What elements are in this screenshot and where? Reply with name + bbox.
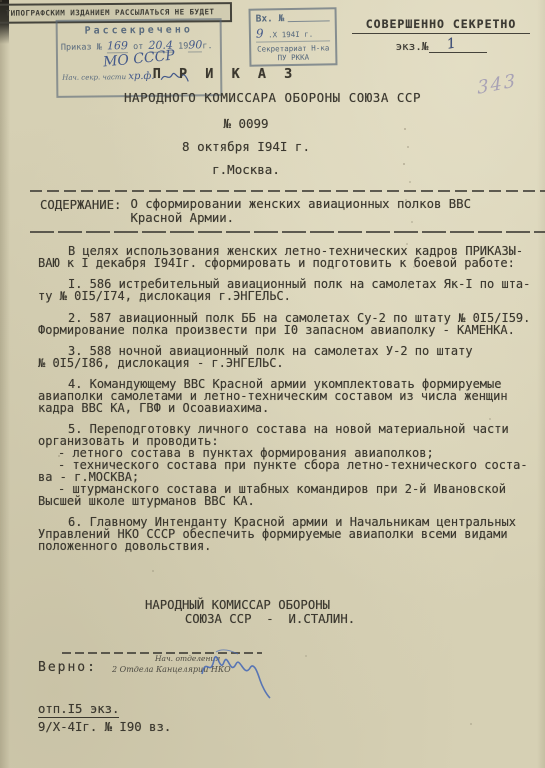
copy-number-blank: 1 [429, 40, 487, 53]
order-word: П Р И К А З [0, 66, 450, 82]
order-city: г.Москва. [0, 158, 492, 181]
order-meta: № 0099 8 октября I94I г. г.Москва. [0, 112, 492, 181]
incoming-month: .X [268, 30, 277, 39]
order-prefix-label: Приказ № [61, 42, 102, 52]
divider-top [30, 190, 545, 192]
subject-line1: О сформировании женских авиационных полк… [130, 198, 471, 212]
body-line: Формирование полка произвести при I0 зап… [38, 325, 544, 337]
body-line: кадра ВВС КА, ГВФ и Осоавиахима. [38, 403, 544, 415]
incoming-date-line: 9 .X 194I г. [256, 25, 330, 42]
certifier-signature-icon [196, 644, 276, 702]
incoming-stamp: Вх. № 9 .X 194I г. Секретариат Н-ка ПУ Р… [249, 7, 338, 67]
divider-subject [30, 231, 545, 233]
subject-line2: Красной Армии. [130, 212, 471, 226]
body-line: положенного довольствия. [38, 541, 544, 553]
subject-text: О сформировании женских авиационных полк… [130, 198, 471, 225]
copy-number-handwritten: 1 [445, 35, 457, 52]
incoming-number-blank [287, 20, 329, 22]
body-line: Высшей школе штурманов ВВС КА. [38, 496, 544, 508]
copy-label: экз.№ [395, 40, 428, 53]
incoming-number-label: Вх. № [256, 13, 285, 24]
incoming-day-handwritten: 9 [256, 27, 264, 41]
signatory-name: СОЮЗА ССР - И.СТАЛИН. [110, 612, 430, 626]
incoming-year: 194I г. [282, 30, 314, 40]
order-number: № 0099 [0, 112, 492, 135]
declassified-title: Рассекречено [58, 24, 220, 37]
order-issuer: НАРОДНОГО КОМИССАРА ОБОРОНЫ СОЮЗА ССР [0, 90, 545, 105]
copies-text: отп.I5 экз. [38, 702, 119, 718]
body-line: № 0I5/I86, дислокация - г.ЭНГЕЛЬС. [38, 358, 544, 370]
incoming-org-line2: ПУ РККА [256, 53, 330, 63]
secrecy-block: СОВЕРШЕННО СЕКРЕТНО экз.№1 [338, 13, 544, 53]
copy-number-line: экз.№1 [338, 40, 544, 53]
incoming-number-line: Вх. № [256, 12, 330, 24]
body-line: ту № 0I5/I74, дислокация г.ЭНГЕЛЬС. [38, 291, 544, 303]
scanned-order-document: ТИПОГРАФСКИМ ИЗДАНИЕМ РАССЫЛАТЬСЯ НЕ БУД… [0, 0, 545, 768]
order-date: 8 октября I94I г. [0, 135, 492, 158]
order-body: В целях использования женских летно-техн… [38, 246, 544, 553]
body-line: ВАЮ к I декабря I94Iг. сформировать и по… [38, 258, 544, 270]
reference-note: 9/X-4Iг. № I90 вз. [38, 720, 171, 734]
subject-block: СОДЕРЖАНИЕ: О сформировании женских авиа… [40, 198, 471, 225]
signatory-title: НАРОДНЫЙ КОМИССАР ОБОРОНЫ [90, 598, 385, 612]
classification-label: СОВЕРШЕННО СЕКРЕТНО [352, 17, 531, 34]
incoming-org: Секретариат Н-ка ПУ РККА [256, 44, 330, 62]
declassified-stamp: Рассекречено Приказ № 169 от 20.4 1990г.… [56, 18, 223, 98]
order-number-handwritten: 169 [107, 39, 128, 53]
paper-speckles [0, 0, 2, 2]
subject-label: СОДЕРЖАНИЕ: [40, 198, 121, 225]
copies-note: отп.I5 экз. [38, 702, 119, 716]
certified-label: Верно: [38, 660, 97, 675]
